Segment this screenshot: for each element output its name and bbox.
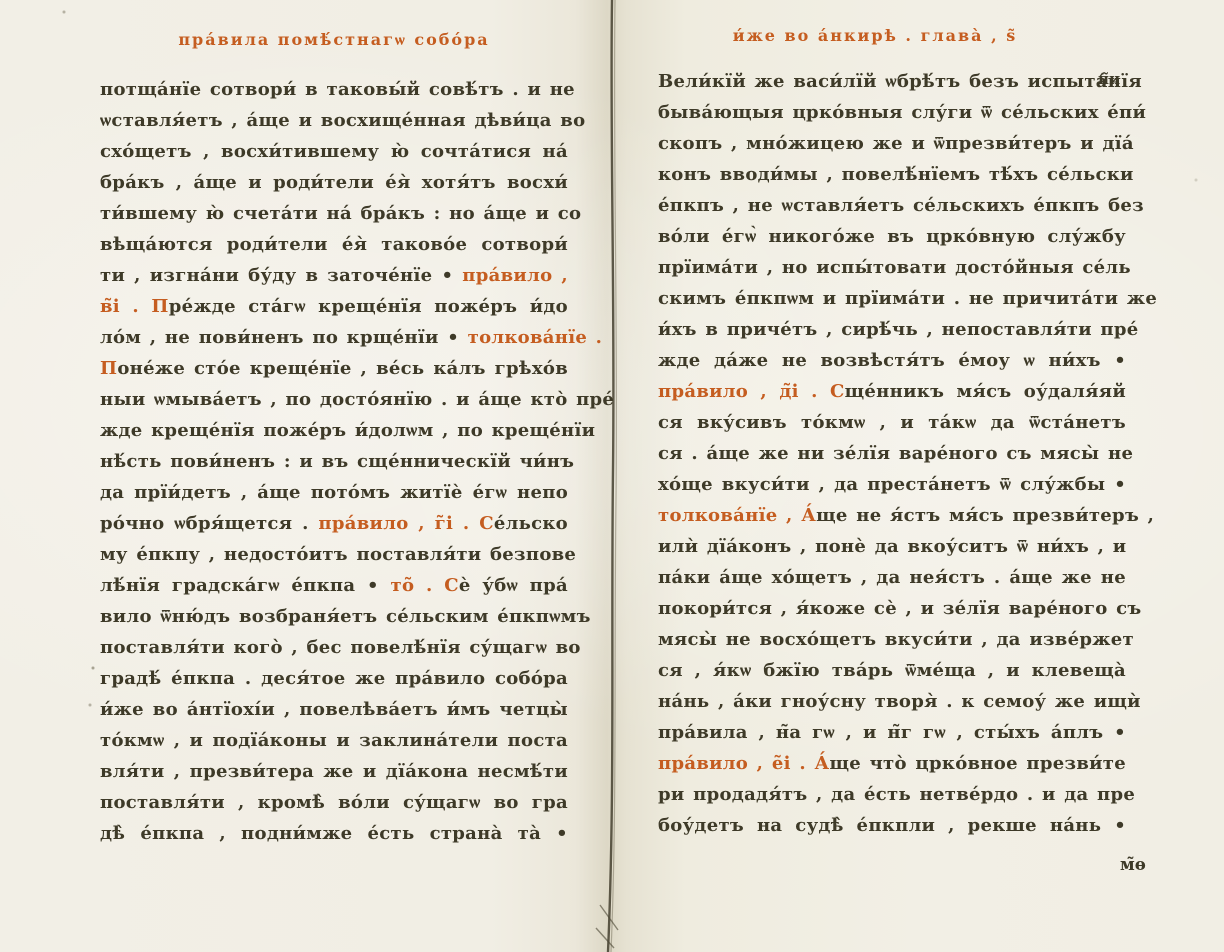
margin-note: п̃и <box>1098 70 1120 88</box>
body-text: то́кмѡ , и подїа́коны и заклина́тели пос… <box>100 730 568 751</box>
body-text: Вели́кїй же васи́лїй ѡбрѣ́тъ безъ испыта… <box>658 71 1142 92</box>
text-line: да прїи́детъ , а́ще пото́мъ житїѐ е́гѡ н… <box>100 477 568 508</box>
body-text: ло́м , не пови́ненъ по крще́нїи • <box>100 327 468 348</box>
body-text: схо́щетъ , восхи́тившему ю̀ сочта́тися н… <box>100 141 568 162</box>
text-line: вля́ти , презви́тера же и дїа́кона несмѣ… <box>100 756 568 787</box>
text-line: бра́къ , а́ще и роди́тели е́я̀ хотя́тъ в… <box>100 167 568 198</box>
body-text: жде да́же не возвѣстя́тъ е́моу ѡ ни́хъ • <box>658 350 1126 371</box>
text-line: па́ки а́ще хо́щетъ , да нея́стъ . а́ще ж… <box>658 562 1126 593</box>
rubric-text: в̃і . П <box>100 296 169 317</box>
text-line: быва́ющыя црко́вныя слу́ги ѿ се́льских е… <box>658 97 1126 128</box>
body-text: и́же во а́нтїохі́и , повелѣва́етъ и́мъ ч… <box>100 699 568 720</box>
body-text: илѝ дїа́конъ , понѐ да вкоу́ситъ ѿ ни́хъ… <box>658 536 1126 557</box>
text-line: ти́вшему ю̀ счета́ти на́ бра́къ : но а́щ… <box>100 198 568 229</box>
body-text: хо́ще вкуси́ти , да преста́нетъ ѿ слу́жб… <box>658 474 1126 495</box>
body-text: быва́ющыя црко́вныя слу́ги ѿ се́льских е… <box>658 102 1146 123</box>
body-text: во́ли е́гѡ̀ никого́же въ црко́вную слу́ж… <box>658 226 1126 247</box>
body-text: да прїи́детъ , а́ще пото́мъ житїѐ е́гѡ н… <box>100 482 568 503</box>
text-line: и́хъ в приче́тъ , сирѣ́чь , непоставля́т… <box>658 314 1126 345</box>
text-line: на́нь , а́ки гноу́сну творя̀ . к семоу́ … <box>658 686 1126 717</box>
body-text: ри продадя́тъ , да е́сть нетве́рдо . и д… <box>658 784 1135 805</box>
body-text: е́пкпъ , не ѡставля́етъ се́льскихъ е́пкп… <box>658 195 1144 216</box>
text-line: поставля́ти , кромѣ̀ во́ли су́щагѡ во гр… <box>100 787 568 818</box>
right-page-text: Вели́кїй же васи́лїй ѡбрѣ́тъ безъ испыта… <box>658 66 1126 841</box>
body-text: ныи ѡмыва́етъ , по досто́янїю . и а́ще к… <box>100 389 614 410</box>
text-line: пра́вило , д̃і . Сще́нникъ мя́съ оу́даля… <box>658 376 1126 407</box>
gutter-fold <box>578 0 648 952</box>
body-text: ти́вшему ю̀ счета́ти на́ бра́къ : но а́щ… <box>100 203 581 224</box>
text-line: Вели́кїй же васи́лїй ѡбрѣ́тъ безъ испыта… <box>658 66 1126 97</box>
text-line: во́ли е́гѡ̀ никого́же въ црко́вную слу́ж… <box>658 221 1126 252</box>
text-line: в̃і . Пре́жде ста́гѡ креще́нїя поже́ръ и… <box>100 291 568 322</box>
text-line: вѣща́ются роди́тели е́я̀ таково́е сотвор… <box>100 229 568 260</box>
text-line: пра́вило , е̃і . А́ще что̀ црко́вное пре… <box>658 748 1126 779</box>
text-line: Поне́же сто́е креще́нїе , ве́сь ка́лъ гр… <box>100 353 568 384</box>
running-header-right: и́же во а́нкирѣ . глава̀ , ѕ̃ <box>655 26 1095 52</box>
body-text: ще́нникъ мя́съ оу́даля́яй <box>845 381 1126 402</box>
text-line: лѣ́нїя градска́гѡ е́пкпа • то̃ . Сѐ у́бѡ… <box>100 570 568 601</box>
body-text: потща́нїе сотвори́ в таковы́й совѣ́тъ . … <box>100 79 575 100</box>
body-text: скопъ , мно́жицею же и ѿпрезви́теръ и дї… <box>658 133 1134 154</box>
text-line: боу́детъ на судѣ̀ е́пкпли , рекше на́нь … <box>658 810 1126 841</box>
body-text: ро́чно ѡбря́щется . <box>100 513 318 534</box>
text-line: ри продадя́тъ , да е́сть нетве́рдо . и д… <box>658 779 1126 810</box>
body-text: поставля́ти , кромѣ̀ во́ли су́щагѡ во гр… <box>100 792 568 813</box>
body-text: вѣща́ются роди́тели е́я̀ таково́е сотвор… <box>100 234 568 255</box>
text-line: ся , я́кѡ бжїю тва́рь ѿме́ща , и клевеща… <box>658 655 1126 686</box>
body-text: боу́детъ на судѣ̀ е́пкпли , рекше на́нь … <box>658 815 1126 836</box>
rubric-text: пра́вило , д̃і . С <box>658 381 845 402</box>
body-text: поставля́ти кого̀ , бес повелѣ́нїя су́ща… <box>100 637 581 658</box>
text-line: ныи ѡмыва́етъ , по досто́янїю . и а́ще к… <box>100 384 568 415</box>
body-text: пра́вила , н̃а гѡ , и н̃г гѡ , сты́хъ а́… <box>658 722 1126 743</box>
text-line: жде креще́нїя поже́ръ и́долѡм , по креще… <box>100 415 568 446</box>
text-line: дѣ̀ е́пкпа , подни́мже е́сть страна̀ та̀… <box>100 818 568 849</box>
text-line: ро́чно ѡбря́щется . пра́вило , г̃і . Се́… <box>100 508 568 539</box>
text-line: ти , изгна́ни бу́ду в заточе́нїе • пра́в… <box>100 260 568 291</box>
body-text: скимъ е́пкпѡм и прїима́ти . не причита́т… <box>658 288 1157 309</box>
body-text: мясы̀ не восхо́щетъ вкуси́ти , да изве́р… <box>658 629 1134 650</box>
body-text: му е́пкпу , недосто́итъ поставля́ти безп… <box>100 544 576 565</box>
text-line: илѝ дїа́конъ , понѐ да вкоу́ситъ ѿ ни́хъ… <box>658 531 1126 562</box>
text-line: покори́тся , я́коже сѐ , и зе́лїя варе́н… <box>658 593 1126 624</box>
text-line: мясы̀ не восхо́щетъ вкуси́ти , да изве́р… <box>658 624 1126 655</box>
rubric-text: П <box>100 358 117 379</box>
rubric-text: пра́вило , <box>462 265 568 286</box>
body-text: прїима́ти , но испы́товати досто́йныя се… <box>658 257 1131 278</box>
rubric-text: пра́вило , г̃і . С <box>318 513 493 534</box>
body-text: ѐ у́бѡ пра́ <box>459 575 568 596</box>
text-line: то́кмѡ , и подїа́коны и заклина́тели пос… <box>100 725 568 756</box>
body-text: ще что̀ црко́вное презви́те <box>829 753 1126 774</box>
text-line: е́пкпъ , не ѡставля́етъ се́льскихъ е́пкп… <box>658 190 1126 221</box>
text-line: прїима́ти , но испы́товати досто́йныя се… <box>658 252 1126 283</box>
text-line: пра́вила , н̃а гѡ , и н̃г гѡ , сты́хъ а́… <box>658 717 1126 748</box>
book-spread: пра́вила помѣ́стнагѡ собо́ра и́же во а́н… <box>0 0 1224 952</box>
body-text: жде креще́нїя поже́ръ и́долѡм , по креще… <box>100 420 595 441</box>
body-text: и́хъ в приче́тъ , сирѣ́чь , непоставля́т… <box>658 319 1139 340</box>
quire-signature: м̃ѳ <box>1120 855 1146 875</box>
body-text: вило ѿню́дъ возбраня́етъ се́льским е́пкп… <box>100 606 591 627</box>
text-line: ся вку́сивъ то́кмѡ , и та́кѡ да ѿста́нет… <box>658 407 1126 438</box>
text-line: схо́щетъ , восхи́тившему ю̀ сочта́тися н… <box>100 136 568 167</box>
body-text: вля́ти , презви́тера же и дїа́кона несмѣ… <box>100 761 568 782</box>
body-text: на́нь , а́ки гноу́сну творя̀ . к семоу́ … <box>658 691 1141 712</box>
text-line: конъ вводи́мы , повелѣ́нїемъ тѣ́хъ се́ль… <box>658 159 1126 190</box>
text-line: вило ѿню́дъ возбраня́етъ се́льским е́пкп… <box>100 601 568 632</box>
text-line: поставля́ти кого̀ , бес повелѣ́нїя су́ща… <box>100 632 568 663</box>
text-line: скопъ , мно́жицею же и ѿпрезви́теръ и дї… <box>658 128 1126 159</box>
body-text: оне́же сто́е креще́нїе , ве́сь ка́лъ грѣ… <box>117 358 568 379</box>
text-line: ло́м , не пови́ненъ по крще́нїи • толков… <box>100 322 568 353</box>
text-line: нѣ́сть пови́ненъ : и въ сще́нническїй чи… <box>100 446 568 477</box>
rubric-text: толкова́нїе . <box>468 327 603 348</box>
body-text: градѣ́ е́пкпа . деся́тое же пра́вило соб… <box>100 668 568 689</box>
text-line: ся . а́ще же ни зе́лїя варе́ного съ мясы… <box>658 438 1126 469</box>
body-text: ѡставля́етъ , а́ще и восхище́нная дѣви́ц… <box>100 110 585 131</box>
body-text: покори́тся , я́коже сѐ , и зе́лїя варе́н… <box>658 598 1141 619</box>
body-text: па́ки а́ще хо́щетъ , да нея́стъ . а́ще ж… <box>658 567 1126 588</box>
text-line: жде да́же не возвѣстя́тъ е́моу ѡ ни́хъ • <box>658 345 1126 376</box>
text-line: хо́ще вкуси́ти , да преста́нетъ ѿ слу́жб… <box>658 469 1126 500</box>
body-text: дѣ̀ е́пкпа , подни́мже е́сть страна̀ та̀… <box>100 823 568 844</box>
body-text: ще не я́стъ мя́съ презви́теръ , <box>816 505 1154 526</box>
text-line: скимъ е́пкпѡм и прїима́ти . не причита́т… <box>658 283 1126 314</box>
text-line: ѡставля́етъ , а́ще и восхище́нная дѣви́ц… <box>100 105 568 136</box>
text-line: и́же во а́нтїохі́и , повелѣва́етъ и́мъ ч… <box>100 694 568 725</box>
text-line: градѣ́ е́пкпа . деся́тое же пра́вило соб… <box>100 663 568 694</box>
text-line: толкова́нїе , А́ще не я́стъ мя́съ презви… <box>658 500 1126 531</box>
rubric-text: толкова́нїе , А́ <box>658 505 816 526</box>
running-header-left: пра́вила помѣ́стнагѡ собо́ра <box>100 30 568 56</box>
body-text: нѣ́сть пови́ненъ : и въ сще́нническїй чи… <box>100 451 574 472</box>
body-text: е́льско <box>494 513 568 534</box>
body-text: ти , изгна́ни бу́ду в заточе́нїе • <box>100 265 462 286</box>
rubric-text: то̃ . С <box>391 575 459 596</box>
rubric-text: пра́вило , е̃і . А́ <box>658 753 829 774</box>
body-text: ре́жде ста́гѡ креще́нїя поже́ръ и́до <box>169 296 568 317</box>
body-text: ся , я́кѡ бжїю тва́рь ѿме́ща , и клевеща… <box>658 660 1126 681</box>
text-line: потща́нїе сотвори́ в таковы́й совѣ́тъ . … <box>100 74 568 105</box>
text-line: му е́пкпу , недосто́итъ поставля́ти безп… <box>100 539 568 570</box>
body-text: лѣ́нїя градска́гѡ е́пкпа • <box>100 575 391 596</box>
body-text: ся вку́сивъ то́кмѡ , и та́кѡ да ѿста́нет… <box>658 412 1126 433</box>
body-text: ся . а́ще же ни зе́лїя варе́ного съ мясы… <box>658 443 1133 464</box>
body-text: конъ вводи́мы , повелѣ́нїемъ тѣ́хъ се́ль… <box>658 164 1134 185</box>
body-text: бра́къ , а́ще и роди́тели е́я̀ хотя́тъ в… <box>100 172 568 193</box>
left-page-text: потща́нїе сотвори́ в таковы́й совѣ́тъ . … <box>100 74 568 849</box>
